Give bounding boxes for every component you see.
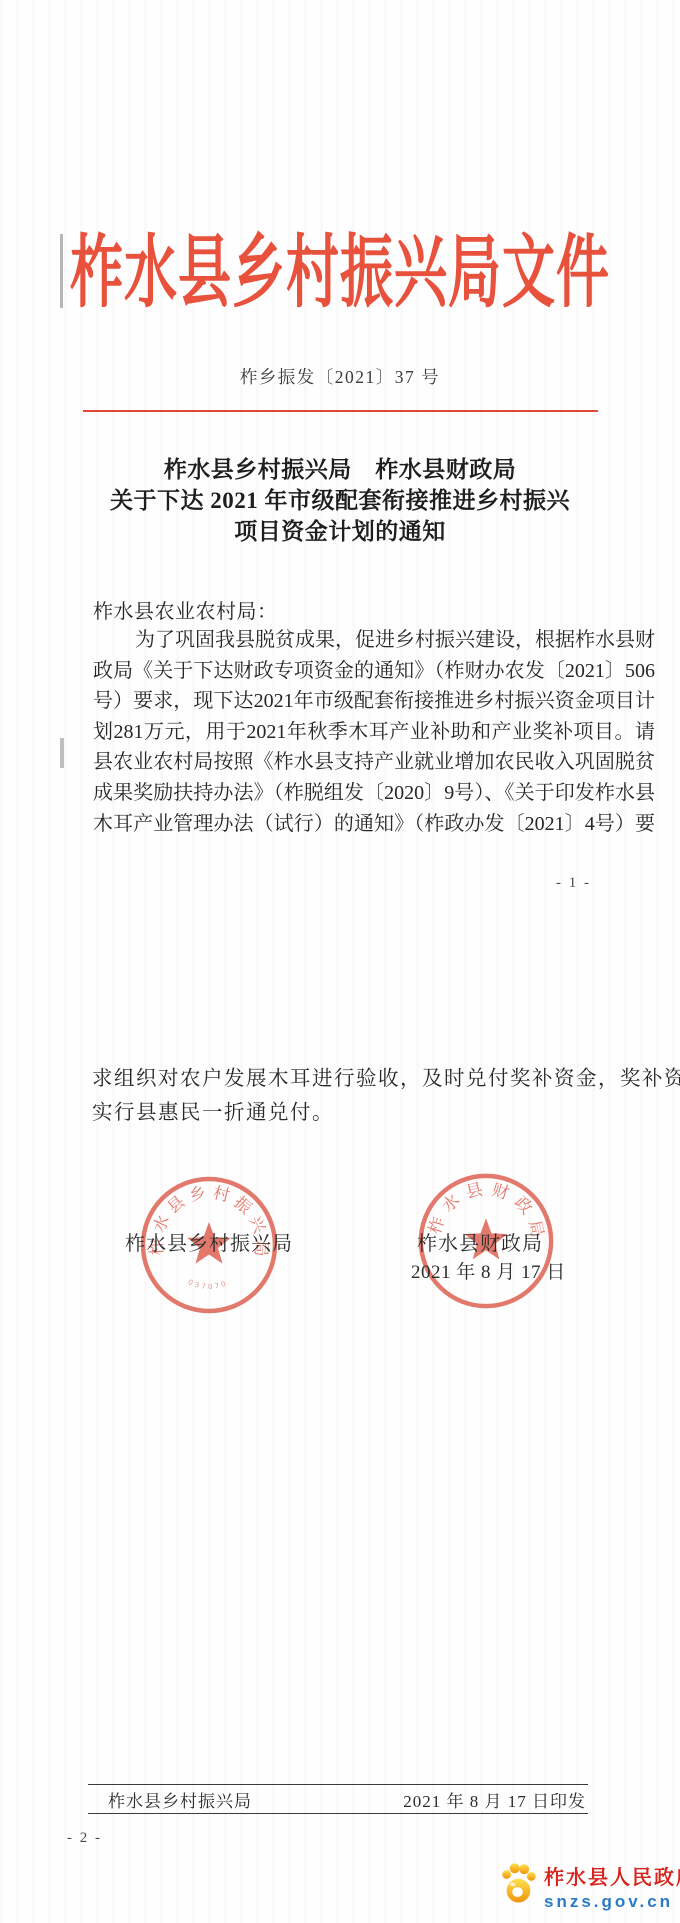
footer-issuer: 柞水县乡村振兴局: [108, 1787, 252, 1812]
page2-number: - 2 -: [67, 1830, 102, 1847]
gov-site-domain: snzs.gov.cn: [544, 1892, 680, 1912]
title-line-3: 项目资金计划的通知: [0, 517, 680, 548]
body-line: 木耳产业管理办法（试行）的通知》（柞政办发〔2021〕4号）要: [93, 809, 655, 840]
red-divider-rule: [83, 410, 598, 412]
gov-site-name: 柞水县人民政府: [544, 1861, 680, 1890]
body-line: 政局《关于下达财政专项资金的通知》（柞财办农发〔2021〕506: [93, 656, 655, 687]
body-line: 求组织对农户发展木耳进行验收，及时兑付奖补资金，奖补资金: [92, 1062, 605, 1096]
body-line: 号）要求，现下达2021年市级配套衔接推进乡村振兴资金项目计: [93, 686, 655, 717]
signature-rural-revitalization-bureau: 柞水县乡村振兴局: [125, 1227, 293, 1256]
recipient-line: 柞水县农业农村局：: [93, 595, 278, 624]
page1-number: - 1 -: [556, 875, 591, 892]
body-line: 划281万元，用于2021年秋季木耳产业补助和产业奖补项目。请: [93, 717, 655, 748]
paw-logo-icon: [499, 1861, 537, 1905]
page2-body-paragraph: 求组织对农户发展木耳进行验收，及时兑付奖补资金，奖补资金 实行县惠民一折通兑付。: [92, 1062, 605, 1130]
document-number: 柞乡振发〔2021〕37 号: [0, 364, 680, 389]
gov-site-badge: 柞水县人民政府 snzs.gov.cn: [499, 1861, 680, 1912]
footer-print-date: 2021 年 8 月 17 日印发: [403, 1787, 586, 1812]
red-letterhead-title: 柞水县乡村振兴局文件: [0, 210, 680, 339]
title-line-1: 柞水县乡村振兴局 柞水县财政局: [0, 455, 680, 486]
colophon-footer: 柞水县乡村振兴局 2021 年 8 月 17 日印发: [88, 1784, 588, 1814]
body-line: 实行县惠民一折通兑付。: [92, 1096, 605, 1130]
document-scan: 柞水县乡村振兴局文件 柞乡振发〔2021〕37 号 柞水县乡村振兴局 柞水县财政…: [0, 0, 680, 1923]
seal-serial-code: 037070: [187, 1278, 227, 1291]
scan-smudge: [60, 738, 64, 768]
gov-site-text: 柞水县人民政府 snzs.gov.cn: [544, 1861, 680, 1912]
body-line: 成果奖励扶持办法》（柞脱组发〔2020〕9号）、《关于印发柞水县: [93, 778, 655, 809]
body-line: 为了巩固我县脱贫成果，促进乡村振兴建设，根据柞水县财: [93, 625, 655, 656]
title-line-2: 关于下达 2021 年市级配套衔接推进乡村振兴: [0, 486, 680, 517]
body-line: 县农业农村局按照《柞水县支持产业就业增加农民收入巩固脱贫: [93, 747, 655, 778]
signature-date: 2021 年 8 月 17 日: [411, 1257, 566, 1284]
document-title: 柞水县乡村振兴局 柞水县财政局 关于下达 2021 年市级配套衔接推进乡村振兴 …: [0, 455, 680, 547]
signature-finance-bureau: 柞水县财政局: [417, 1227, 543, 1256]
svg-text:037070: 037070: [187, 1278, 227, 1291]
page1-body-paragraph: 为了巩固我县脱贫成果，促进乡村振兴建设，根据柞水县财 政局《关于下达财政专项资金…: [93, 625, 655, 839]
